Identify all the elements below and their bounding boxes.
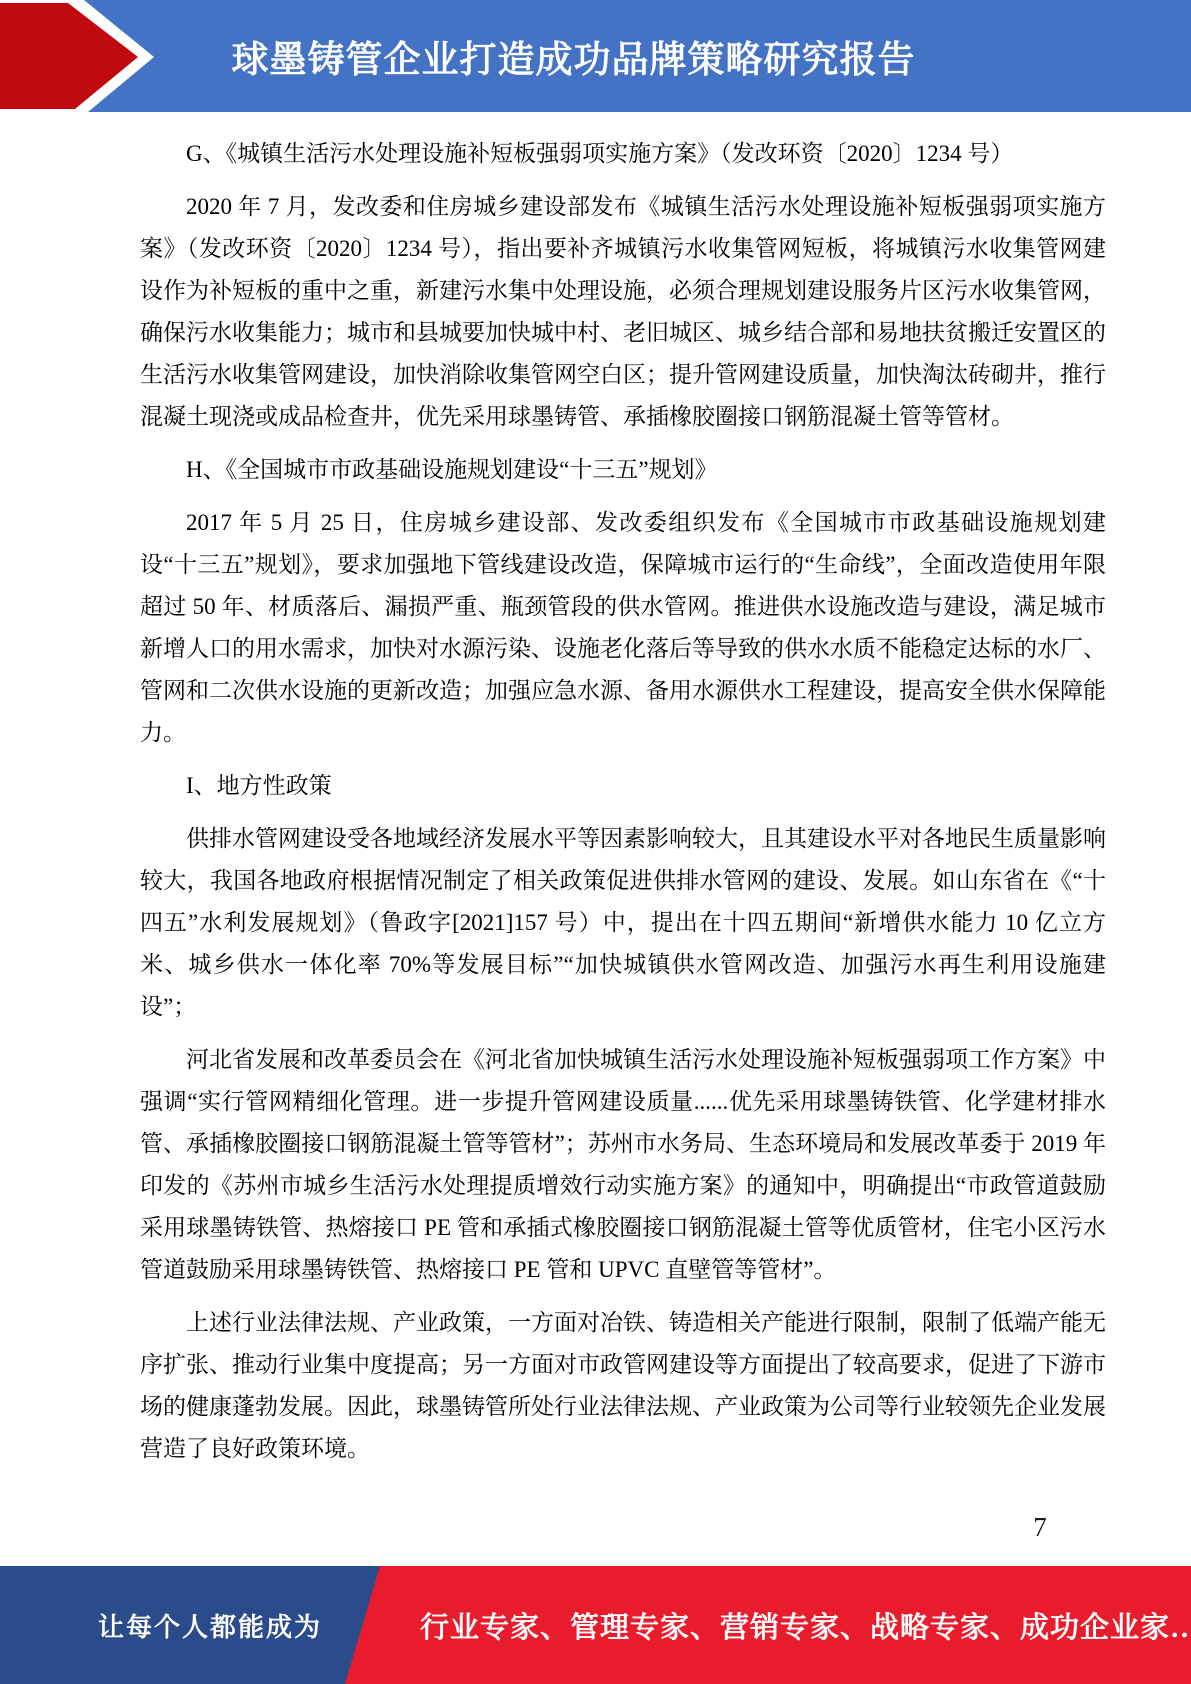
header-banner: 球墨铸管企业打造成功品牌策略研究报告 <box>0 0 1191 112</box>
document-page: 球墨铸管企业打造成功品牌策略研究报告 G、《城镇生活污水处理设施补短板强弱项实施… <box>0 0 1191 1684</box>
paragraph: 供排水管网建设受各地域经济发展水平等因素影响较大，且其建设水平对各地民生质量影响… <box>140 818 1106 1028</box>
paragraph-heading-g: G、《城镇生活污水处理设施补短板强弱项实施方案》（发改环资〔2020〕1234 … <box>140 133 1106 175</box>
page-title: 球墨铸管企业打造成功品牌策略研究报告 <box>0 0 1191 112</box>
page-number: 7 <box>1020 1512 1060 1543</box>
paragraph-heading-i: I、地方性政策 <box>140 765 1106 807</box>
paragraph: 河北省发展和改革委员会在《河北省加快城镇生活污水处理设施补短板强弱项工作方案》中… <box>140 1039 1106 1291</box>
paragraph: 2020 年 7 月，发改委和住房城乡建设部发布《城镇生活污水处理设施补短板强弱… <box>140 186 1106 438</box>
paragraph: 2017 年 5 月 25 日，住房城乡建设部、发改委组织发布《全国城市市政基础… <box>140 502 1106 754</box>
document-body: G、《城镇生活污水处理设施补短板强弱项实施方案》（发改环资〔2020〕1234 … <box>140 112 1106 1481</box>
footer-slogan-left: 让每个人都能成为 <box>0 1566 322 1684</box>
paragraph: 上述行业法律法规、产业政策，一方面对冶铁、铸造相关产能进行限制，限制了低端产能无… <box>140 1302 1106 1470</box>
paragraph-heading-h: H、《全国城市市政基础设施规划建设“十三五”规划》 <box>140 449 1106 491</box>
footer-slogan-right: 行业专家、管理专家、营销专家、战略专家、成功企业家…… <box>420 1566 1191 1684</box>
footer-banner: 让每个人都能成为 行业专家、管理专家、营销专家、战略专家、成功企业家…… <box>0 1566 1191 1684</box>
